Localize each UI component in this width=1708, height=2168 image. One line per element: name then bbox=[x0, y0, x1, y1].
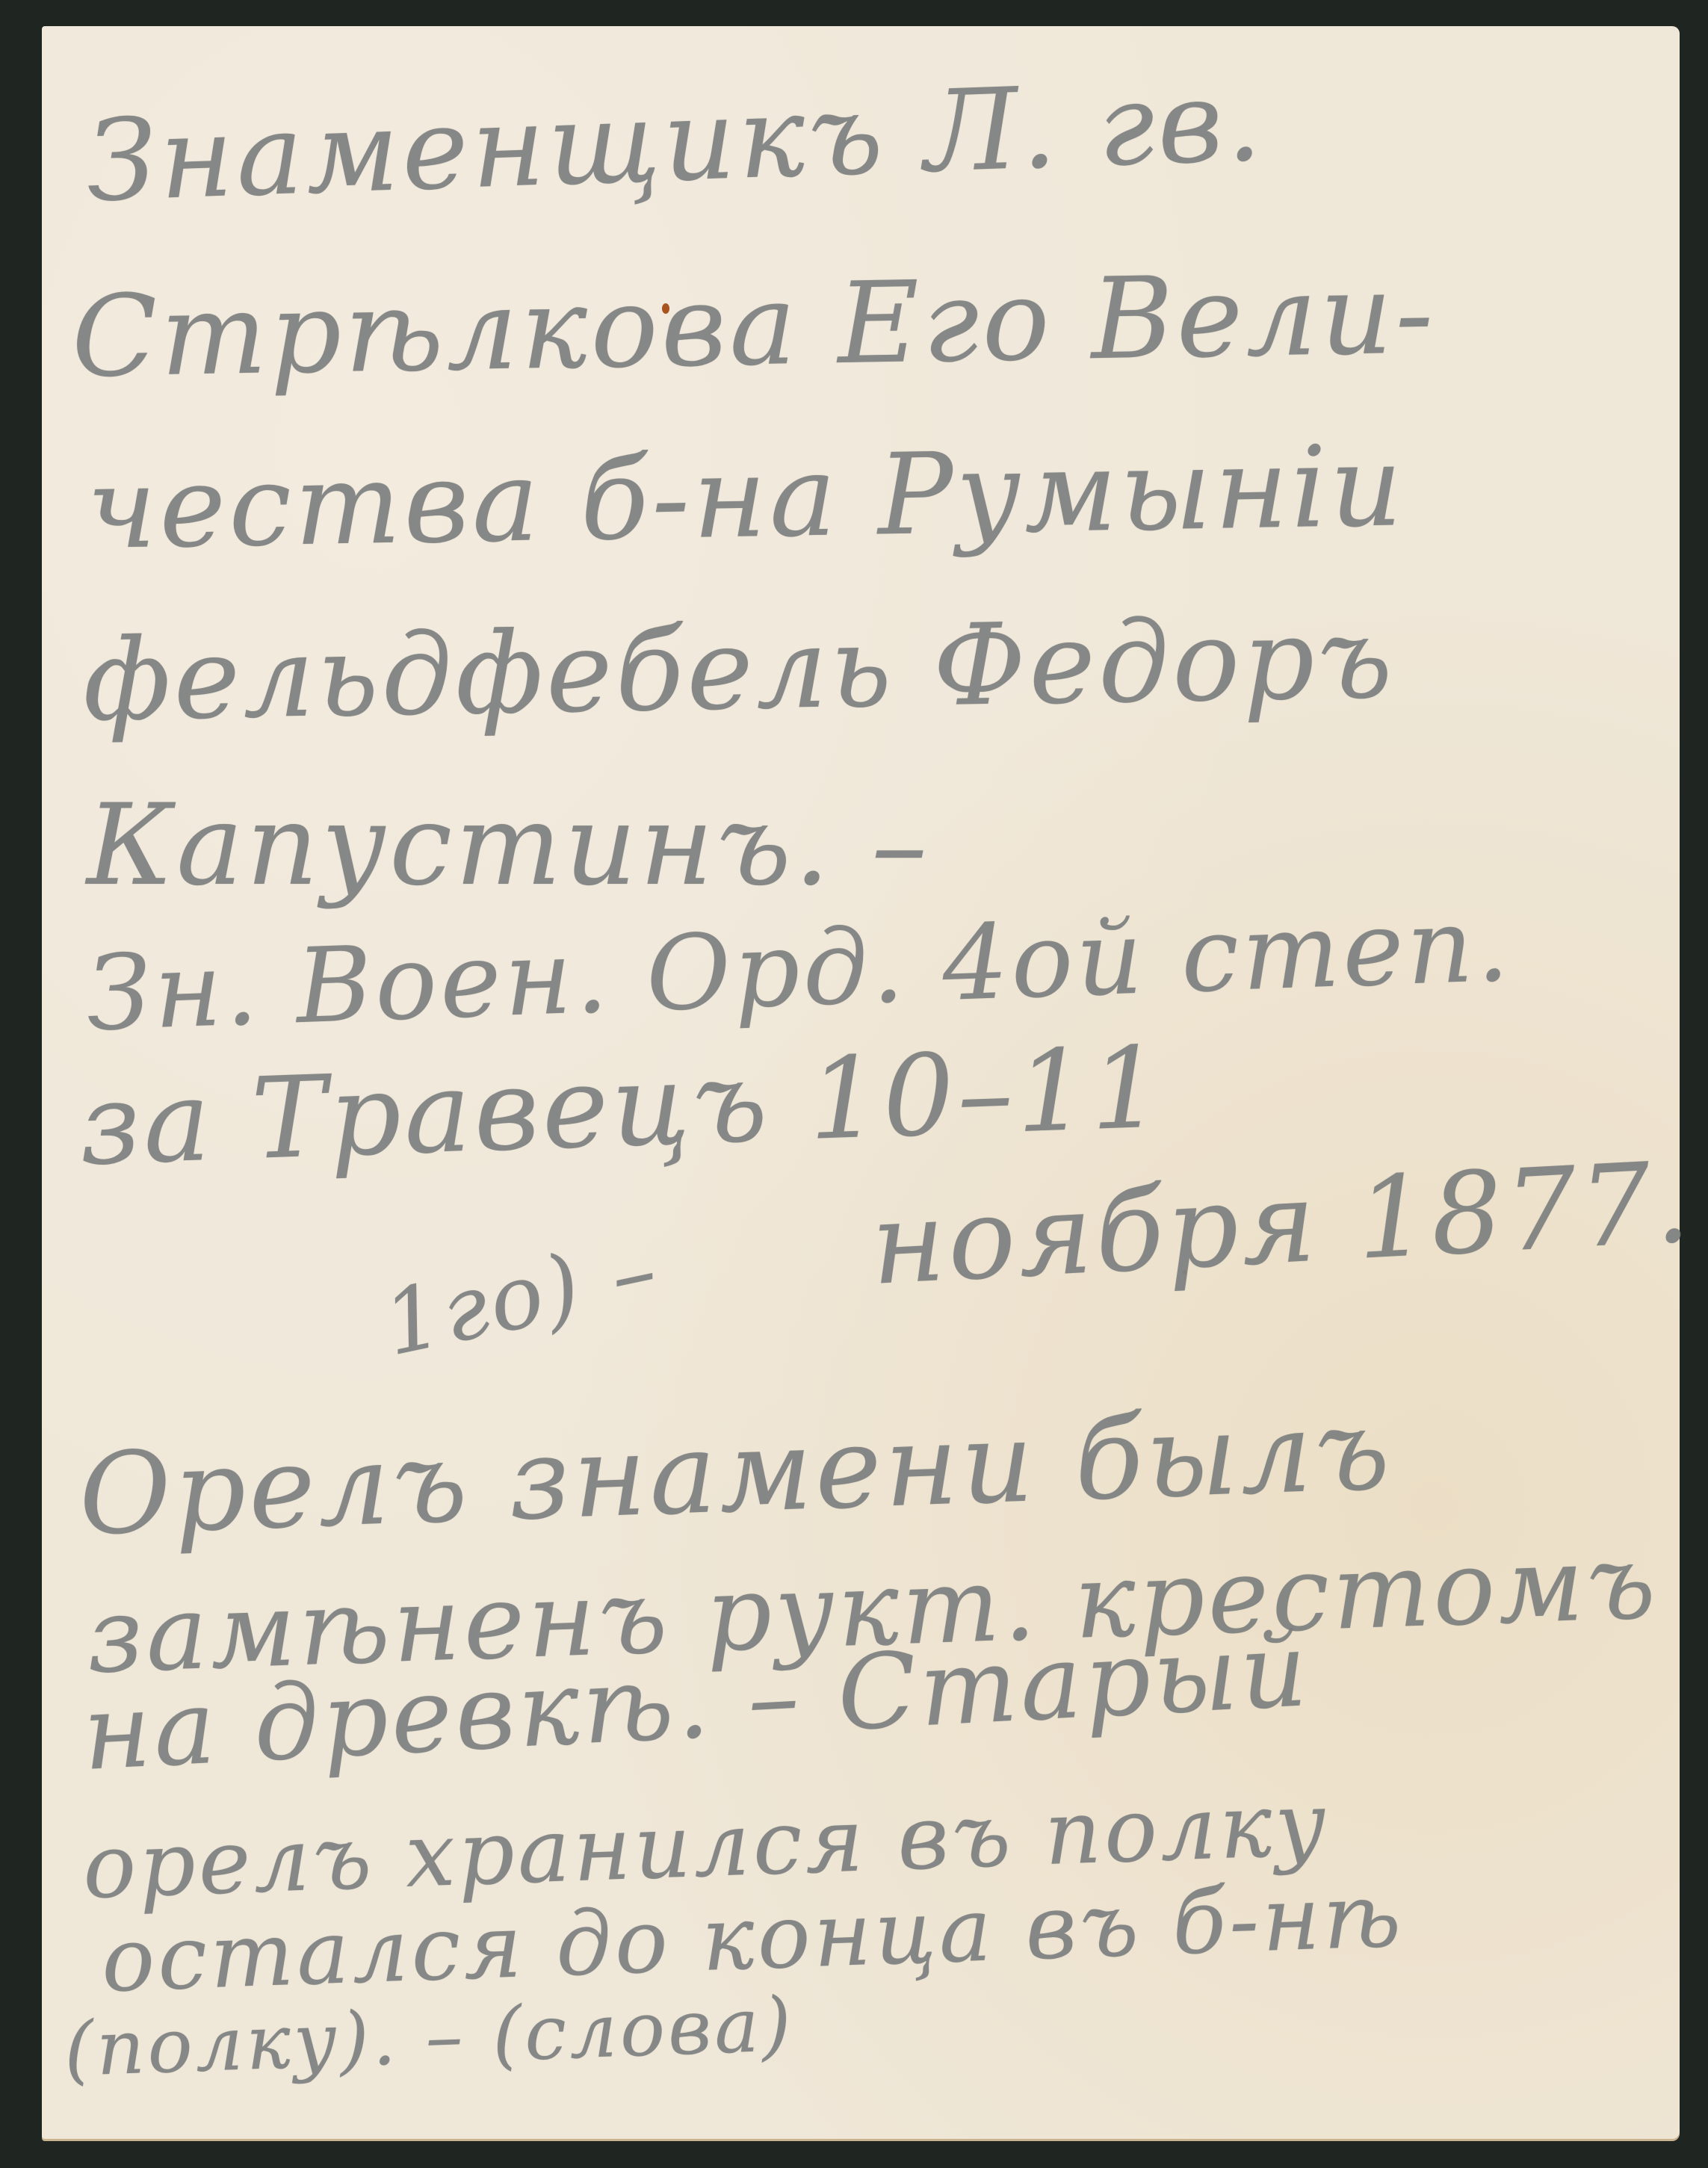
paper-sheet: Знаменщикъ Л. гв. Стрѣлкова Его Вели- че… bbox=[42, 26, 1680, 2141]
line-2: Стрѣлкова Его Вели- bbox=[70, 249, 1437, 403]
line-3: чества б-на Румынiи bbox=[85, 421, 1406, 574]
line-9: Орелъ знамени былъ bbox=[77, 1385, 1394, 1561]
line-4: фельдфебель Федоръ bbox=[81, 593, 1396, 746]
line-8-date: ноября 1877. bbox=[867, 1138, 1695, 1310]
line-1-title: Знаменщикъ Л. гв. bbox=[84, 56, 1266, 227]
line-5: Капустинъ. – bbox=[87, 781, 930, 911]
footnote-marker: 1го) – bbox=[375, 1217, 669, 1375]
